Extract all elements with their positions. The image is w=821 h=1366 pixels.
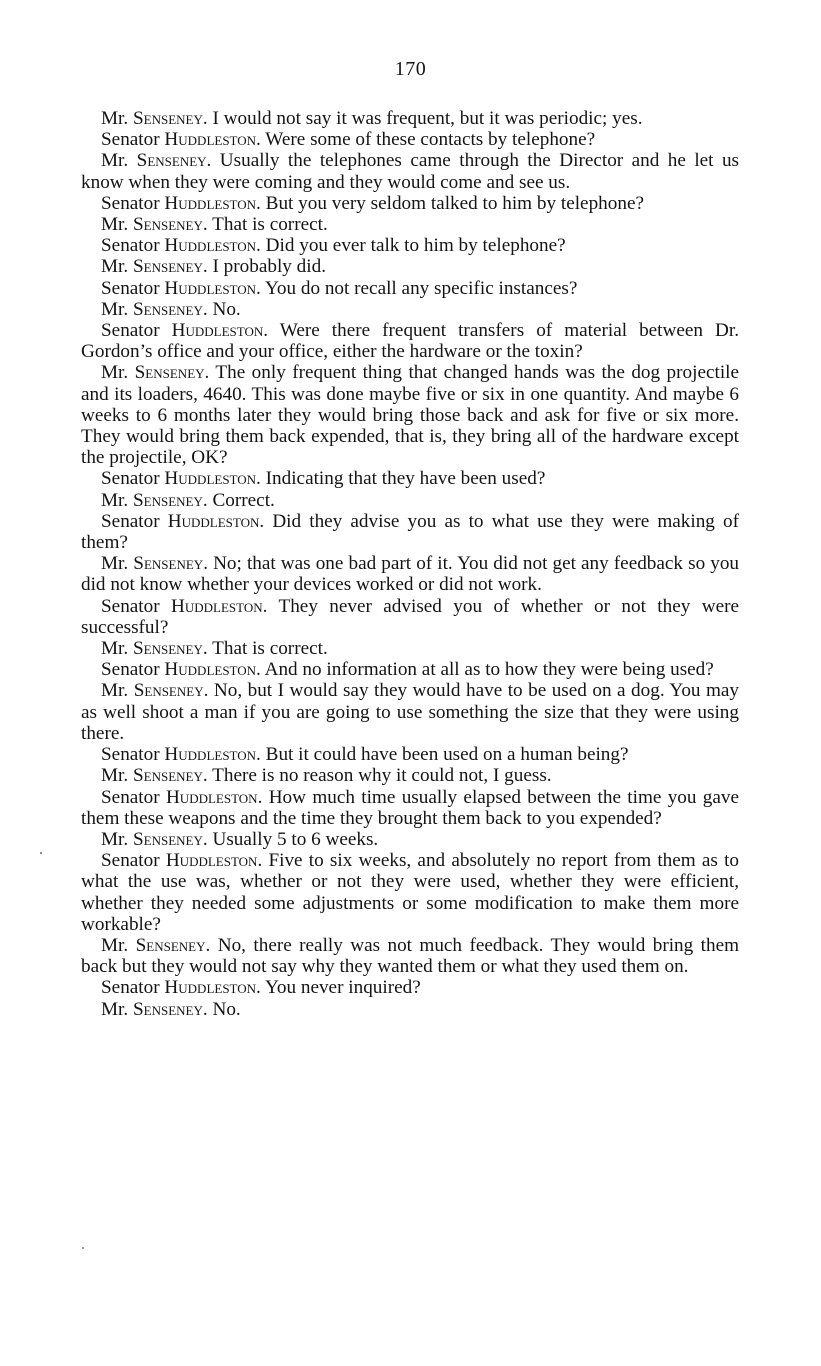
testimony-paragraph: Mr. Senseney. No. <box>81 999 739 1020</box>
testimony-paragraph: Mr. Senseney. That is correct. <box>81 638 739 659</box>
speaker-name: Senseney <box>133 829 203 850</box>
speaker-name: Senseney <box>136 935 206 956</box>
speaker-name: Senseney <box>133 256 203 277</box>
speaker-title: Senator <box>101 744 160 765</box>
speaker-name: Huddleston <box>166 787 258 808</box>
scan-speck <box>82 1247 84 1249</box>
testimony-paragraph: Mr. Senseney. Usually 5 to 6 weeks. <box>81 829 739 850</box>
speaker-title: Senator <box>101 129 160 150</box>
statement-text: There is no reason why it could not, I g… <box>212 765 551 786</box>
speaker-title: Senator <box>101 787 160 808</box>
speaker-name: Huddleston <box>164 278 256 299</box>
speaker-title: Senator <box>101 511 160 532</box>
speaker-name: Huddleston <box>172 320 264 341</box>
speaker-title: Senator <box>101 235 160 256</box>
speaker-name: Senseney <box>134 680 204 701</box>
testimony-paragraph: Mr. Senseney. That is correct. <box>81 214 739 235</box>
speaker-title: Mr. <box>101 362 128 383</box>
speaker-title: Mr. <box>101 150 128 171</box>
statement-text: No. <box>212 299 240 320</box>
speaker-name: Senseney <box>135 362 205 383</box>
speaker-name: Senseney <box>133 299 203 320</box>
statement-text: Usually 5 to 6 weeks. <box>212 829 378 850</box>
speaker-name: Senseney <box>133 214 203 235</box>
speaker-name: Senseney <box>133 765 203 786</box>
speaker-name: Huddleston <box>164 977 256 998</box>
speaker-title: Senator <box>101 193 160 214</box>
statement-text: Indicating that they have been used? <box>266 468 546 489</box>
statement-text: I would not say it was frequent, but it … <box>212 108 642 129</box>
statement-text: And no information at all as to how they… <box>265 659 714 680</box>
speaker-name: Senseney <box>133 638 203 659</box>
statement-text: Correct. <box>212 490 274 511</box>
speaker-title: Mr. <box>101 214 128 235</box>
testimony-paragraph: Mr. Senseney. I probably did. <box>81 256 739 277</box>
speaker-name: Huddleston <box>164 744 256 765</box>
testimony-paragraph: Senator Huddleston. You do not recall an… <box>81 278 739 299</box>
statement-text: Did you ever talk to him by telephone? <box>266 235 566 256</box>
speaker-name: Huddleston <box>168 511 260 532</box>
testimony-paragraph: Mr. Senseney. No; that was one bad part … <box>81 553 739 595</box>
speaker-title: Senator <box>101 278 160 299</box>
speaker-title: Mr. <box>101 999 128 1020</box>
speaker-name: Huddleston <box>164 659 256 680</box>
testimony-paragraph: Mr. Senseney. I would not say it was fre… <box>81 108 739 129</box>
speaker-name: Huddleston <box>164 193 256 214</box>
speaker-title: Senator <box>101 659 160 680</box>
testimony-paragraph: Senator Huddleston. But you very seldom … <box>81 193 739 214</box>
speaker-name: Huddleston <box>164 129 256 150</box>
speaker-title: Mr. <box>101 935 128 956</box>
statement-text: But you very seldom talked to him by tel… <box>266 193 644 214</box>
testimony-paragraph: Senator Huddleston. And no information a… <box>81 659 739 680</box>
speaker-title: Senator <box>101 468 160 489</box>
speaker-title: Mr. <box>101 638 128 659</box>
speaker-name: Senseney <box>137 150 207 171</box>
speaker-name: Huddleston <box>171 596 263 617</box>
speaker-name: Senseney <box>133 999 203 1020</box>
speaker-title: Mr. <box>101 553 128 574</box>
statement-text: I probably did. <box>212 256 326 277</box>
testimony-paragraph: Mr. Senseney. There is no reason why it … <box>81 765 739 786</box>
speaker-name: Senseney <box>133 553 203 574</box>
testimony-paragraph: Senator Huddleston. Were some of these c… <box>81 129 739 150</box>
speaker-title: Mr. <box>101 108 128 129</box>
testimony-paragraph: Mr. Senseney. No, there really was not m… <box>81 935 739 977</box>
statement-text: That is correct. <box>212 638 328 659</box>
testimony-paragraph: Mr. Senseney. The only frequent thing th… <box>81 362 739 468</box>
statement-text: But it could have been used on a human b… <box>266 744 629 765</box>
scan-speck <box>40 852 42 854</box>
testimony-paragraph: Senator Huddleston. Indicating that they… <box>81 468 739 489</box>
statement-text: You never inquired? <box>265 977 421 998</box>
testimony-paragraph: Senator Huddleston. Did they advise you … <box>81 511 739 553</box>
testimony-paragraph: Senator Huddleston. How much time usuall… <box>81 787 739 829</box>
statement-text: Were some of these contacts by telephone… <box>265 129 595 150</box>
hearing-transcript: Mr. Senseney. I would not say it was fre… <box>81 108 739 1020</box>
speaker-title: Mr. <box>101 680 128 701</box>
testimony-paragraph: Senator Huddleston. You never inquired? <box>81 977 739 998</box>
speaker-title: Mr. <box>101 765 128 786</box>
testimony-paragraph: Senator Huddleston. Were there frequent … <box>81 320 739 362</box>
testimony-paragraph: Mr. Senseney. Correct. <box>81 490 739 511</box>
speaker-name: Senseney <box>133 108 203 129</box>
page-number: 170 <box>0 58 821 81</box>
speaker-title: Mr. <box>101 829 128 850</box>
testimony-paragraph: Senator Huddleston. Did you ever talk to… <box>81 235 739 256</box>
speaker-title: Mr. <box>101 256 128 277</box>
statement-text: No. <box>212 999 240 1020</box>
speaker-title: Mr. <box>101 490 128 511</box>
speaker-name: Huddleston <box>164 468 256 489</box>
speaker-name: Huddleston <box>164 235 256 256</box>
testimony-paragraph: Senator Huddleston. But it could have be… <box>81 744 739 765</box>
testimony-paragraph: Senator Huddleston. Five to six weeks, a… <box>81 850 739 935</box>
testimony-paragraph: Mr. Senseney. No. <box>81 299 739 320</box>
speaker-name: Senseney <box>133 490 203 511</box>
statement-text: That is correct. <box>212 214 328 235</box>
statement-text: You do not recall any specific instances… <box>265 278 577 299</box>
testimony-paragraph: Mr. Senseney. No, but I would say they w… <box>81 680 739 744</box>
testimony-paragraph: Senator Huddleston. They never advised y… <box>81 596 739 638</box>
speaker-title: Senator <box>101 596 160 617</box>
speaker-name: Huddleston <box>166 850 258 871</box>
speaker-title: Senator <box>101 850 160 871</box>
testimony-paragraph: Mr. Senseney. Usually the telephones cam… <box>81 150 739 192</box>
speaker-title: Senator <box>101 320 160 341</box>
speaker-title: Senator <box>101 977 160 998</box>
speaker-title: Mr. <box>101 299 128 320</box>
